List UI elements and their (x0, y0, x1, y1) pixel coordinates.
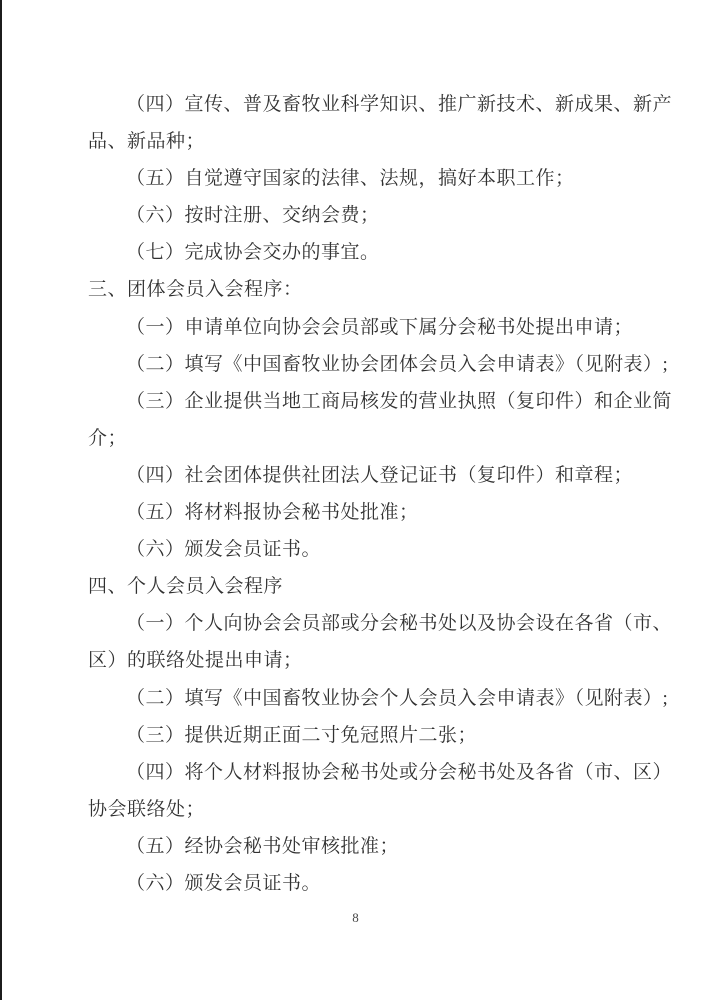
scan-edge-line (0, 0, 2, 1000)
text-line: 区）的联络处提出申请； (88, 642, 668, 679)
text-line: （一）个人向协会会员部或分会秘书处以及协会设在各省（市、 (88, 605, 668, 642)
text-line: （一）申请单位向协会会员部或下属分会秘书处提出申请； (88, 309, 668, 346)
text-line: 三、团体会员入会程序： (88, 271, 668, 308)
text-line: （四）宣传、普及畜牧业科学知识、推广新技术、新成果、新产 (88, 86, 668, 123)
text-line: 四、个人会员入会程序 (88, 568, 668, 605)
text-line: （五）经协会秘书处审核批准； (88, 828, 668, 865)
text-line: （六）颁发会员证书。 (88, 865, 668, 902)
text-line: （七）完成协会交办的事宜。 (88, 234, 668, 271)
document-body: （四）宣传、普及畜牧业科学知识、推广新技术、新成果、新产品、新品种；（五）自觉遵… (88, 86, 668, 902)
text-line: （五）将材料报协会秘书处批准； (88, 494, 668, 531)
text-line: （六）颁发会员证书。 (88, 531, 668, 568)
text-line: 品、新品种； (88, 123, 668, 160)
text-line: （三）提供近期正面二寸免冠照片二张； (88, 717, 668, 754)
text-line: 协会联络处； (88, 791, 668, 828)
text-line: （四）将个人材料报协会秘书处或分会秘书处及各省（市、区） (88, 754, 668, 791)
text-line: （二）填写《中国畜牧业协会团体会员入会申请表》（见附表）; (88, 346, 668, 383)
text-line: （五）自觉遵守国家的法律、法规，搞好本职工作； (88, 160, 668, 197)
text-line: （三）企业提供当地工商局核发的营业执照（复印件）和企业简 (88, 383, 668, 420)
text-line: （六）按时注册、交纳会费； (88, 197, 668, 234)
text-line: （四）社会团体提供社团法人登记证书（复印件）和章程； (88, 457, 668, 494)
document-page: （四）宣传、普及畜牧业科学知识、推广新技术、新成果、新产品、新品种；（五）自觉遵… (0, 0, 711, 1000)
page-number: 8 (0, 910, 711, 926)
text-line: （二）填写《中国畜牧业协会个人会员入会申请表》（见附表）; (88, 680, 668, 717)
text-line: 介； (88, 420, 668, 457)
